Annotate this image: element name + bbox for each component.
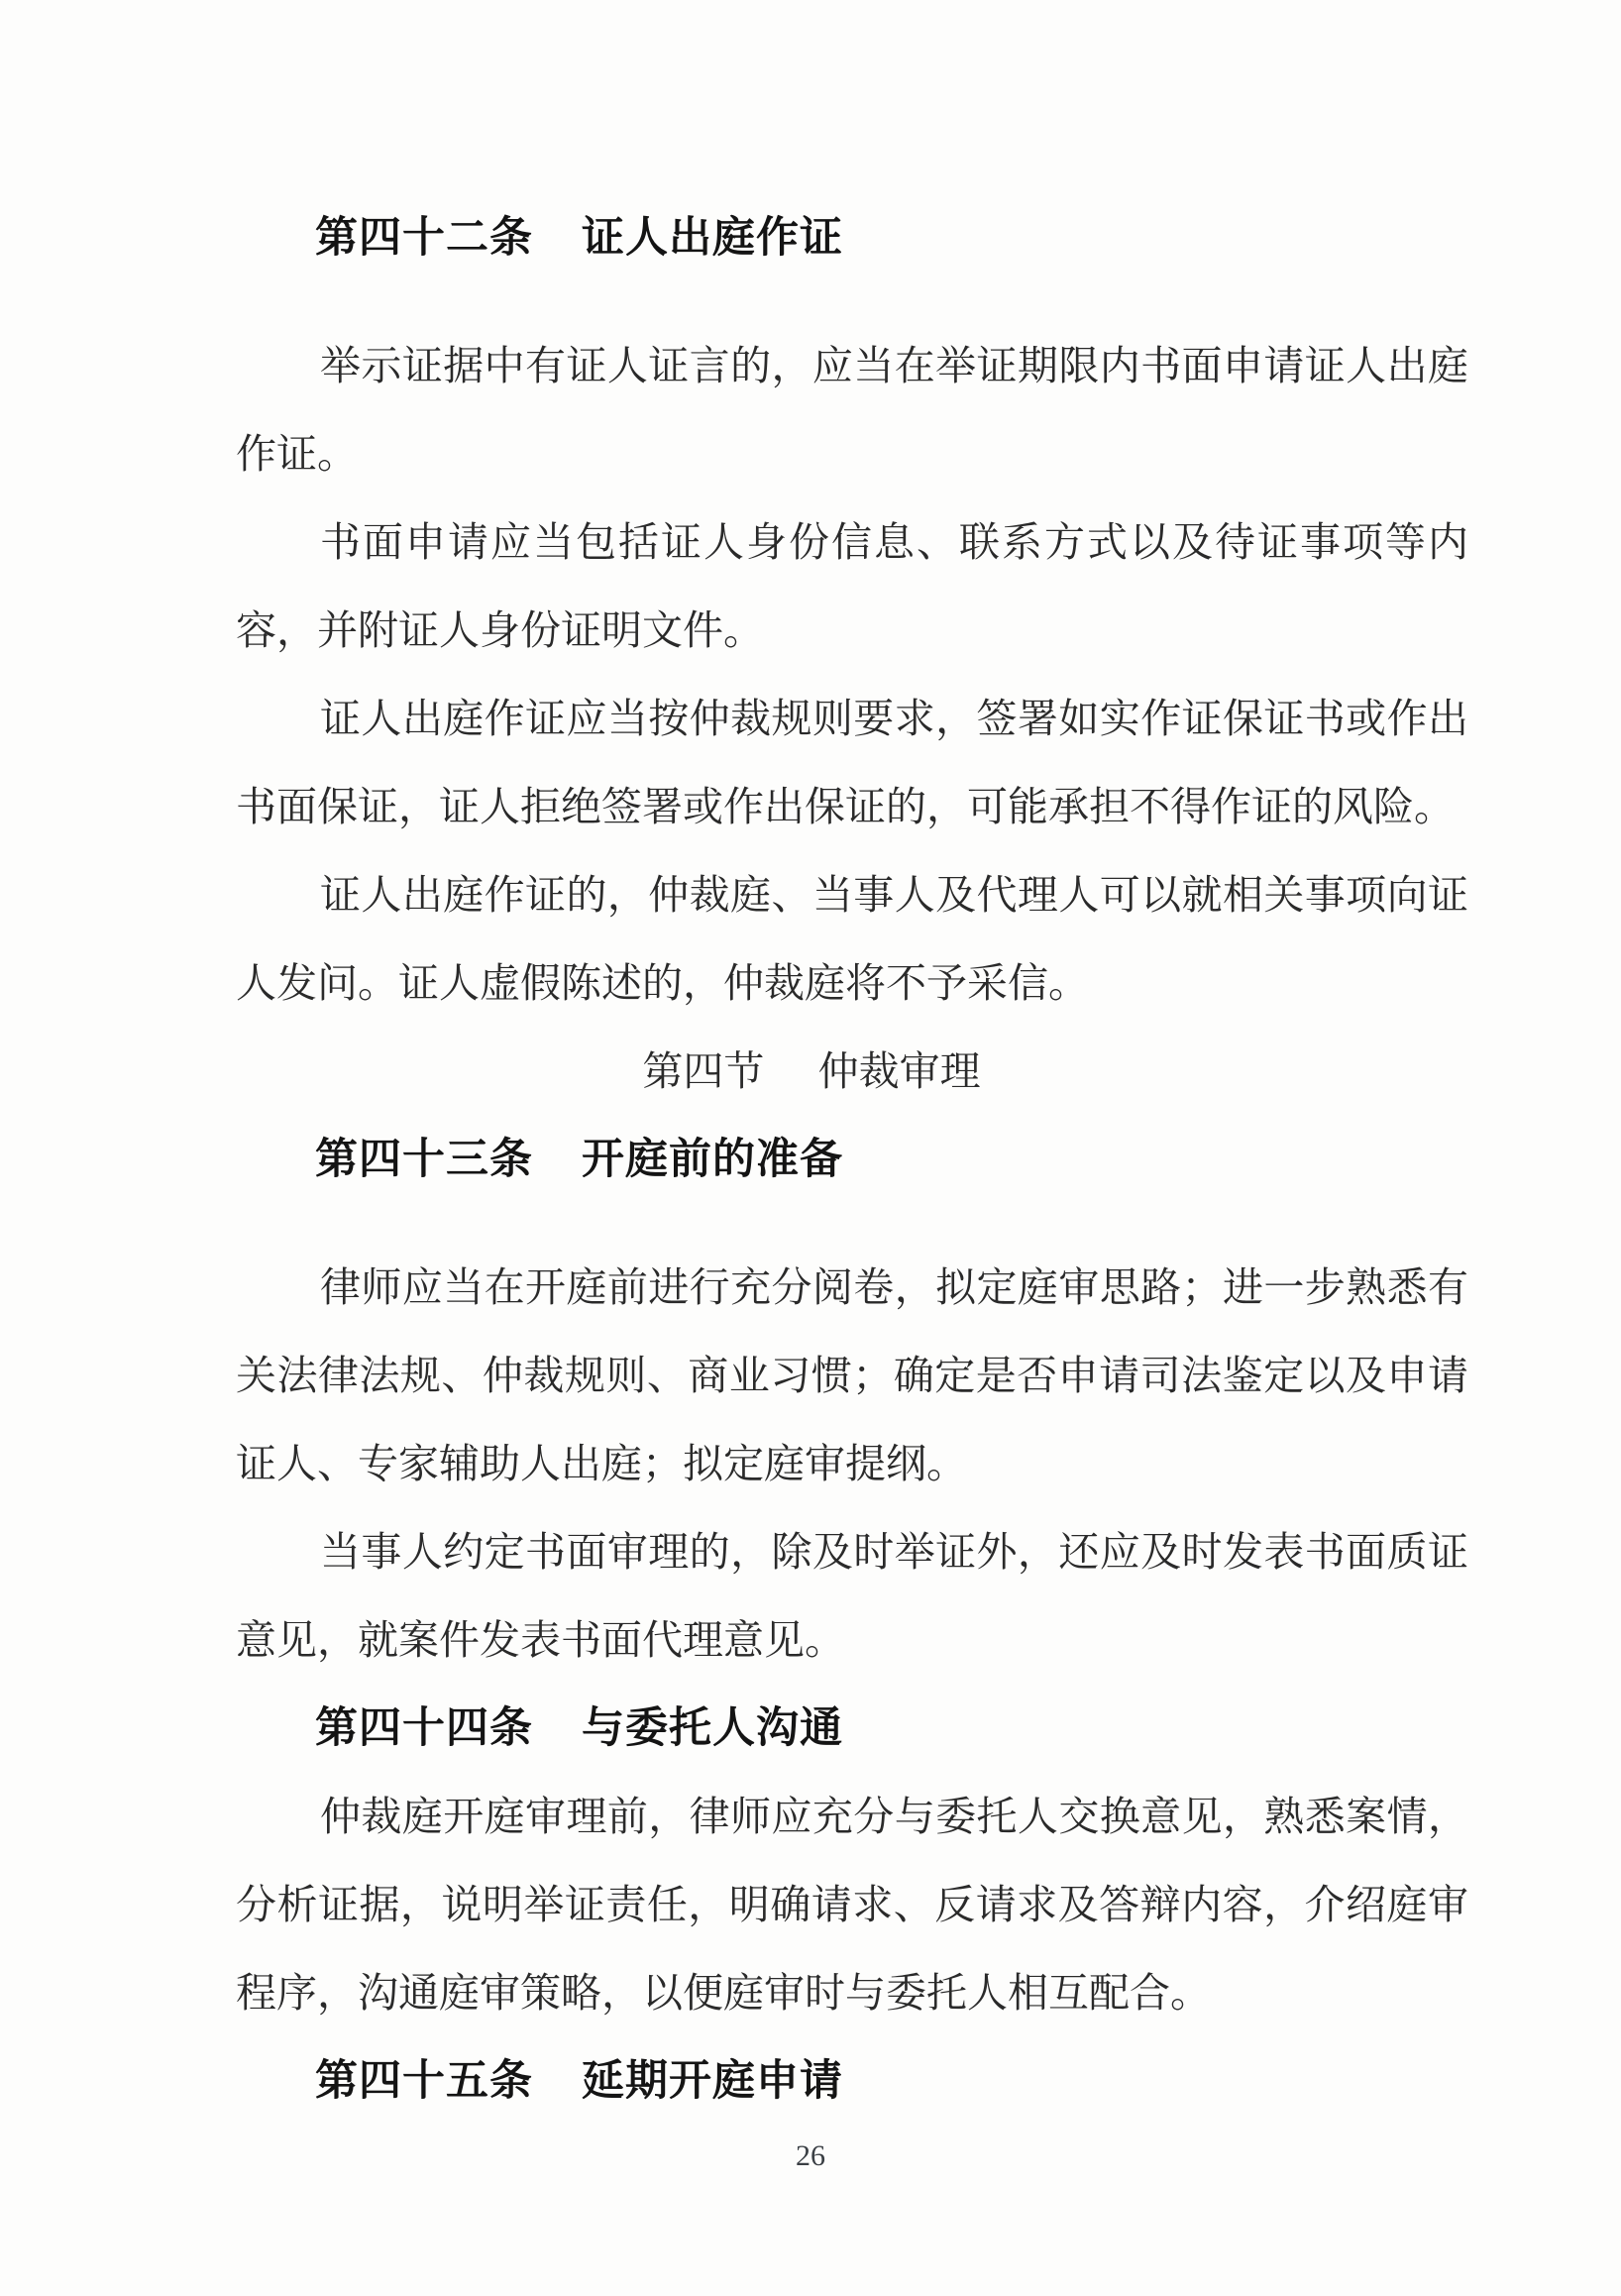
page-footer: 26 xyxy=(0,2138,1621,2174)
article-heading-42: 第四十二条 证人出庭作证 xyxy=(236,194,1468,282)
section-4-number: 第四节 xyxy=(642,1048,808,1094)
article-heading-45: 第四十五条 延期开庭申请 xyxy=(236,2037,1468,2126)
article-45-number: 第四十五条 xyxy=(315,2057,569,2105)
article-heading-44: 第四十四条 与委托人沟通 xyxy=(236,1685,1468,1773)
page-number: 26 xyxy=(796,2139,825,2172)
paragraph-1: 举示证据中有证人证言的，应当在举证期限内书面申请证人出庭作证。 xyxy=(236,322,1468,498)
paragraph-7: 仲裁庭开庭审理前，律师应充分与委托人交换意见，熟悉案情，分析证据，说明举证责任，… xyxy=(236,1773,1468,2037)
document-page: 第四十二条 证人出庭作证 举示证据中有证人证言的，应当在举证期限内书面申请证人出… xyxy=(0,0,1621,2296)
paragraph-6: 当事人约定书面审理的，除及时举证外，还应及时发表书面质证意见，就案件发表书面代理… xyxy=(236,1508,1468,1685)
section-heading-4: 第四节 仲裁审理 xyxy=(195,1028,1428,1116)
article-44-title: 与委托人沟通 xyxy=(582,1704,843,1752)
article-42-title: 证人出庭作证 xyxy=(582,214,843,262)
paragraph-4: 证人出庭作证的，仲裁庭、当事人及代理人可以就相关事项向证人发问。证人虚假陈述的，… xyxy=(236,851,1468,1028)
document-content: 第四十二条 证人出庭作证 举示证据中有证人证言的，应当在举证期限内书面申请证人出… xyxy=(236,194,1468,2126)
article-44-number: 第四十四条 xyxy=(315,1704,569,1752)
article-45-title: 延期开庭申请 xyxy=(582,2057,843,2105)
paragraph-5: 律师应当在开庭前进行充分阅卷，拟定庭审思路；进一步熟悉有关法律法规、仲裁规则、商… xyxy=(236,1244,1468,1508)
section-4-title: 仲裁审理 xyxy=(818,1048,981,1094)
article-heading-43: 第四十三条 开庭前的准备 xyxy=(236,1116,1468,1204)
article-42-number: 第四十二条 xyxy=(315,214,569,262)
article-43-number: 第四十三条 xyxy=(315,1136,569,1183)
paragraph-2: 书面申请应当包括证人身份信息、联系方式以及待证事项等内容，并附证人身份证明文件。 xyxy=(236,498,1468,675)
paragraph-3: 证人出庭作证应当按仲裁规则要求，签署如实作证保证书或作出书面保证，证人拒绝签署或… xyxy=(236,675,1468,851)
article-43-title: 开庭前的准备 xyxy=(582,1136,843,1183)
